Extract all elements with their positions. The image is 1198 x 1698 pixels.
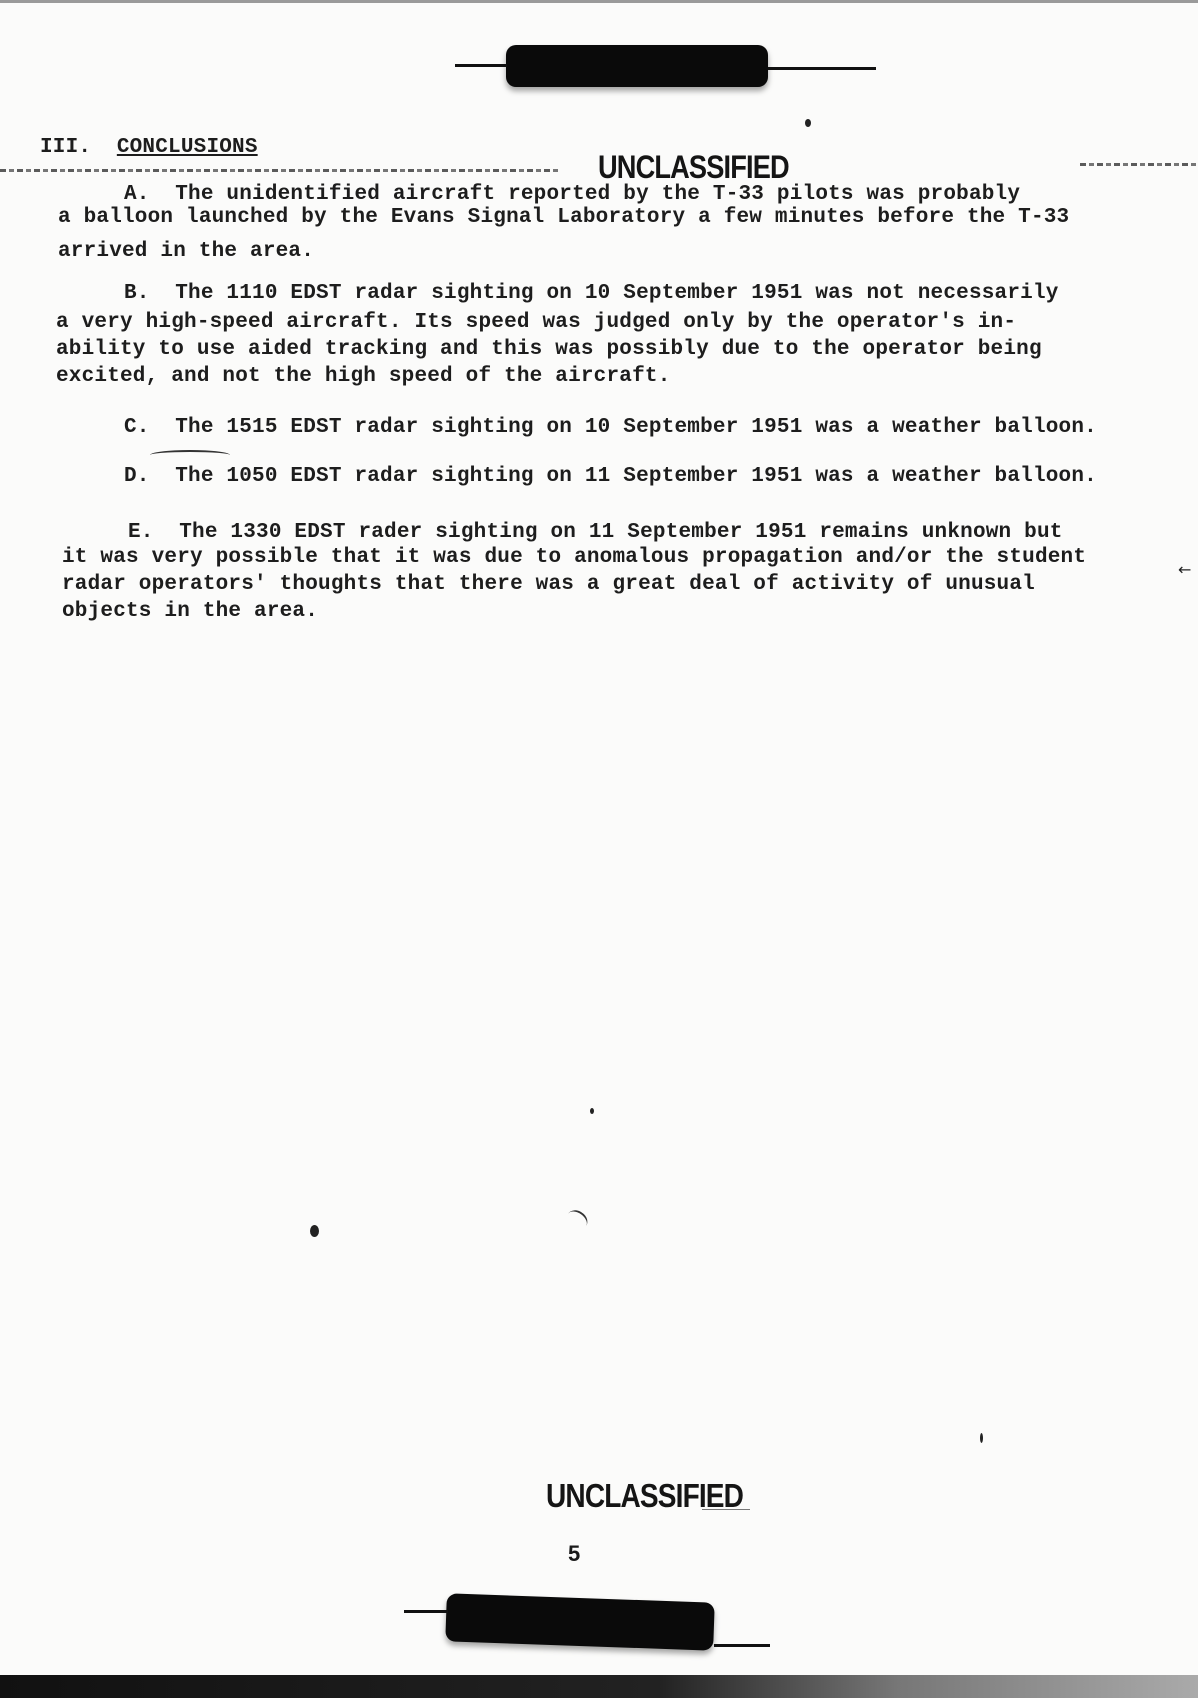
footer-redaction-tail-left [404, 1610, 448, 1613]
section-heading: III. CONCLUSIONS [40, 136, 258, 159]
unclassified-stamp-top: UNCLASSIFIED [598, 149, 789, 186]
stamp-underline [702, 1509, 750, 1510]
scan-speck [590, 1108, 594, 1114]
header-redaction-tail-right [768, 67, 876, 70]
paragraph-label: E. [128, 521, 154, 544]
margin-arrow-mark: ← [1178, 560, 1191, 579]
paragraph-label: D. [124, 465, 150, 488]
pen-mark-under-c [150, 450, 230, 460]
paragraph-label: C. [124, 416, 150, 439]
section-number: III. [40, 136, 91, 159]
overstrike-line-right [1080, 163, 1198, 166]
paragraph-label: A. [124, 183, 150, 206]
overstrike-line [0, 169, 560, 172]
paragraph-label: B. [124, 282, 150, 305]
header-redaction-tail-left [455, 64, 507, 67]
footer-redaction-tail-right [714, 1644, 770, 1647]
scan-edge-band [0, 1675, 1198, 1698]
scan-speck [805, 119, 811, 127]
section-title: CONCLUSIONS [117, 136, 258, 159]
page-number: 5 [568, 1541, 580, 1567]
scan-speck [310, 1225, 319, 1237]
header-classification-redaction [506, 45, 768, 87]
footer-classification-redaction [445, 1593, 715, 1650]
scan-speck [980, 1433, 983, 1443]
scan-hook-mark [563, 1206, 591, 1233]
document-page: III. CONCLUSIONS UNCLASSIFIED A. The uni… [0, 0, 1198, 1698]
